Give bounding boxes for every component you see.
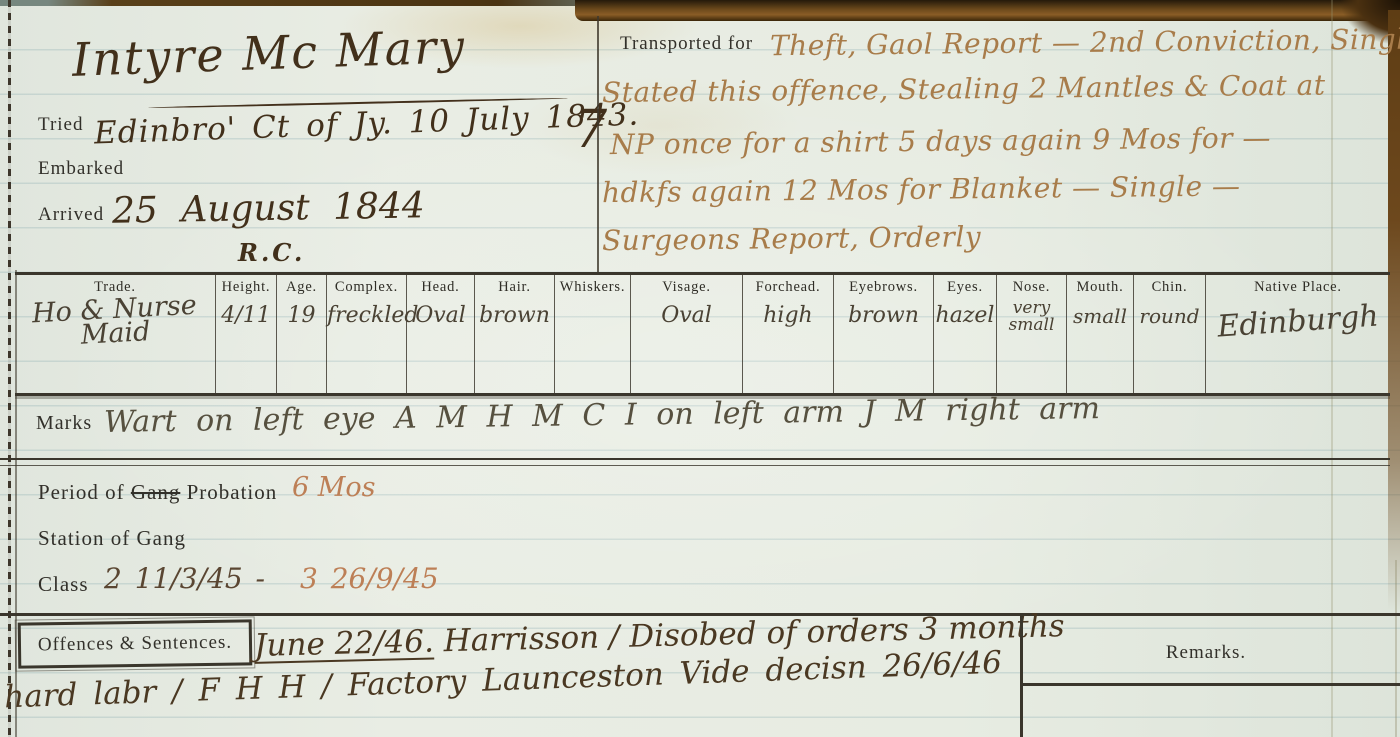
transported-for-label: Transported for [620, 33, 753, 55]
column-value: Oval [407, 304, 474, 328]
column-value: brown [475, 304, 554, 328]
column-value: high [743, 304, 833, 328]
table-column-mouth: Mouth.small [1067, 275, 1134, 393]
column-header: Hair. [475, 275, 554, 296]
convict-record-page: Intyre Mc Mary Tried Edinbro' Ct of Jy. … [0, 0, 1400, 737]
column-value: Oval [631, 304, 742, 328]
gang-probation-label: Period of Gang Probation [38, 480, 277, 505]
column-value: 19 [277, 304, 326, 328]
column-value: hazel [934, 304, 996, 328]
table-column-chin: Chin.round [1134, 275, 1206, 393]
transported-line: Theft, Gaol Report — 2nd Conviction, Sin… [770, 23, 1392, 63]
column-header: Eyes. [934, 275, 996, 296]
table-column-head: Head.Oval [407, 275, 475, 393]
remarks-vertical-divider [1020, 616, 1023, 737]
paper-crease [1395, 560, 1397, 737]
table-column-nose: Nose.very small [997, 275, 1067, 393]
offences-sentences-box: Offences & Sentences. [18, 619, 253, 668]
column-header: Nose. [997, 275, 1066, 296]
table-column-forehead: Forchead.high [743, 275, 834, 393]
arrived-label: Arrived [38, 204, 104, 226]
column-header: Complex. [327, 275, 406, 296]
table-column-eyebrows: Eyebrows.brown [834, 275, 934, 393]
column-header: Eyebrows. [834, 275, 933, 296]
header-vertical-divider [597, 16, 599, 272]
column-value: freckled [327, 304, 406, 328]
arrived-value: 25 August 1844 [112, 185, 425, 231]
column-value: small [1067, 304, 1133, 328]
label-part: Probation [180, 480, 277, 504]
marks-label: Marks [36, 412, 92, 435]
section-divider-double-line [0, 458, 1390, 466]
class-entry-dark-ink: 2 11/3/45 - [104, 562, 265, 595]
column-value: round [1134, 304, 1205, 328]
page-top-edge-left [48, 0, 578, 6]
class-entry-red-ink: 3 26/9/45 [300, 562, 439, 595]
table-column-native-place: Native Place.Edinburgh [1206, 275, 1390, 393]
column-header: Whiskers. [555, 275, 630, 296]
binding-stitch-edge [8, 0, 11, 737]
table-column-complexion: Complex.freckled [327, 275, 407, 393]
embarked-label: Embarked [38, 158, 124, 180]
offences-sentences-label: Offences & Sentences. [38, 632, 233, 657]
table-column-age: Age.19 [277, 275, 327, 393]
column-value: brown [834, 304, 933, 328]
column-value: Edinburgh [1205, 304, 1390, 341]
table-column-whiskers: Whiskers. [555, 275, 631, 393]
table-column-eyes: Eyes.hazel [934, 275, 997, 393]
table-column-visage: Visage.Oval [631, 275, 743, 393]
column-value: 4/11 [216, 304, 276, 328]
column-header: Head. [407, 275, 474, 296]
book-binding-top-edge [575, 0, 1400, 21]
column-header: Height. [216, 275, 276, 296]
tried-label: Tried [38, 114, 83, 136]
column-header: Age. [277, 275, 326, 296]
column-header: Native Place. [1206, 275, 1390, 296]
table-column-trade: Trade.Ho & Nurse Maid [15, 275, 216, 393]
label-part: Period of [38, 480, 131, 504]
column-header: Forchead. [743, 275, 833, 296]
remarks-header-rule [1023, 683, 1400, 686]
class-label: Class [38, 572, 89, 597]
table-column-hair: Hair.brown [475, 275, 555, 393]
religion-note: R.C. [238, 238, 305, 267]
physical-description-table: Trade.Ho & Nurse Maid Height.4/11 Age.19… [15, 272, 1390, 396]
table-column-height: Height.4/11 [216, 275, 277, 393]
column-header: Visage. [631, 275, 742, 296]
gang-probation-value: 6 Mos [292, 472, 376, 503]
remarks-label: Remarks. [1020, 642, 1392, 664]
offence-date-underlined: June 22/46. [254, 624, 435, 664]
struck-word-gang: Gang [131, 480, 181, 504]
station-of-gang-label: Station of Gang [38, 526, 186, 551]
column-value: Ho & Nurse Maid [14, 293, 216, 351]
column-header: Chin. [1134, 275, 1205, 296]
column-value: very small [997, 300, 1066, 334]
column-header: Mouth. [1067, 275, 1133, 296]
section-divider-line [0, 613, 1400, 616]
